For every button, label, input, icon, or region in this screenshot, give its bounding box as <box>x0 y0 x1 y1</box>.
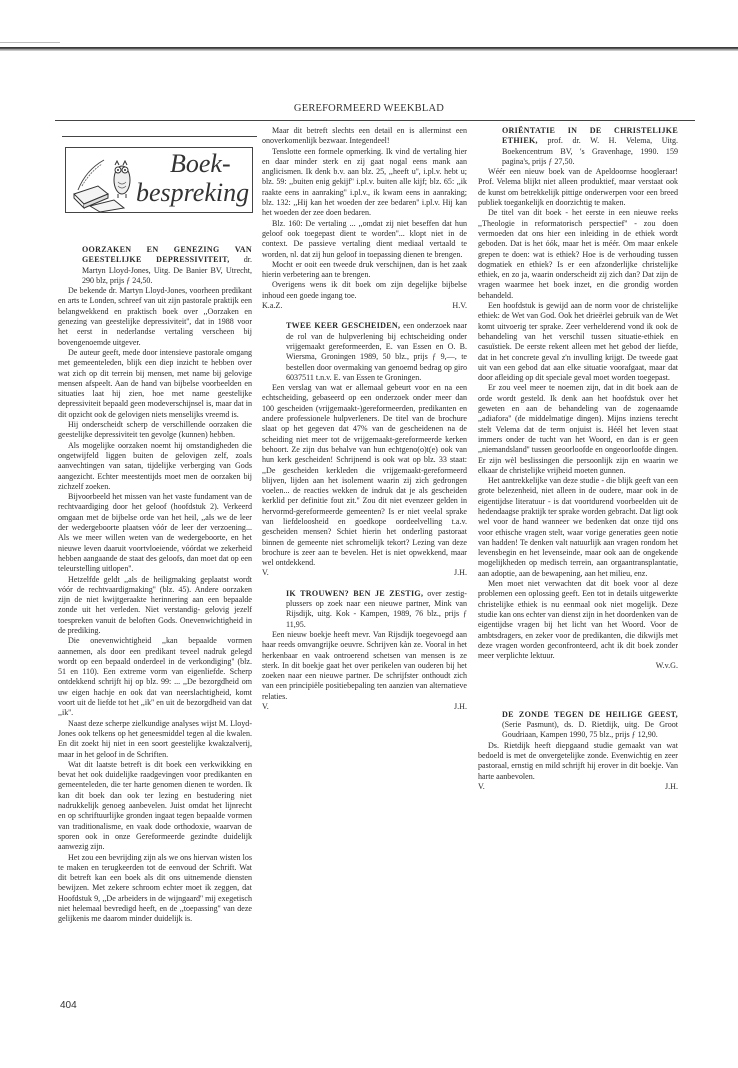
signature-right: J.H. <box>665 782 678 792</box>
review-heading: IK TROUWEN? BEN JE ZESTIG, over zestig-p… <box>262 589 467 630</box>
review-heading: DE ZONDE TEGEN DE HEILIGE GEEST, (Serie … <box>478 710 678 741</box>
review-meta: een onderzoek naar de rol van de hulpver… <box>286 321 467 381</box>
signature-right: J.H. <box>454 568 467 578</box>
signature-left: V. <box>478 782 485 792</box>
review-paragraph: Als mogelijke oorzaken noemt hij omstand… <box>58 441 252 492</box>
review-title: OORZAKEN EN GENEZING VAN GEESTELIJKE DEP… <box>82 245 252 264</box>
review-title: IK TROUWEN? BEN JE ZESTIG, <box>286 589 423 598</box>
review-title: TWEE KEER GESCHEIDEN, <box>286 321 400 330</box>
review-paragraph: Wéér een nieuw boek van de Apeldoornse h… <box>478 167 678 208</box>
review-paragraph: Het zou een bevrijding zijn als we ons h… <box>58 853 252 925</box>
scan-edge-mark <box>0 42 60 43</box>
review-paragraph: Mocht er ooit een tweede druk verschijne… <box>262 260 467 281</box>
review-paragraph: Wat dit laatste betreft is dit boek een … <box>58 760 252 853</box>
logo-title-line-2: bespreking <box>136 178 249 208</box>
review-paragraph: De titel van dit boek - het eerste in ee… <box>478 208 678 301</box>
signature-left: K.a.Z. <box>262 301 282 311</box>
review-paragraph: Ds. Rietdijk heeft diepgaand studie gema… <box>478 741 678 782</box>
column-left: OORZAKEN EN GENEZING VAN GEESTELIJKE DEP… <box>58 245 252 925</box>
review-paragraph: Maar dit betreft slechts een detail en i… <box>262 126 467 147</box>
review-paragraph: Er zou veel meer te noemen zijn, dat in … <box>478 383 678 476</box>
review-heading: ORIËNTATIE IN DE CHRISTELIJKE ETHIEK, pr… <box>478 126 678 167</box>
masthead: GEREFORMEERD WEEKBLAD <box>0 103 738 114</box>
signature-left: V. <box>262 702 269 712</box>
review-meta: (Serie Pasmunt), ds. D. Rietdijk, uitg. … <box>502 720 678 739</box>
column-middle: Maar dit betreft slechts een detail en i… <box>262 126 467 712</box>
page-number: 404 <box>60 1000 77 1011</box>
review-paragraph: Hij onderscheidt scherp de verschillende… <box>58 420 252 441</box>
review-paragraph: De bekende dr. Martyn Lloyd-Jones, voorh… <box>58 286 252 348</box>
signature-right: H.V. <box>452 301 467 311</box>
review-paragraph: Een verslag van wat er allemaal gebeurt … <box>262 383 467 568</box>
review-title: DE ZONDE TEGEN DE HEILIGE GEEST, <box>502 710 678 719</box>
review-paragraph: Naast deze scherpe zielkundige analyses … <box>58 719 252 760</box>
scan-edge-rule <box>0 47 738 51</box>
signature-right: J.H. <box>454 702 467 712</box>
review-paragraph: Tenslotte een formele opmerking. Ik vind… <box>262 147 467 219</box>
review-paragraph: Een hoofdstuk is gewijd aan de norm voor… <box>478 301 678 383</box>
review-paragraph: Die onevenwichtigheid ,,kan bepaalde vor… <box>58 636 252 718</box>
review-signature: V. J.H. <box>262 568 467 578</box>
logo-title-line-1: Boek- <box>170 150 231 178</box>
review-paragraph: Een nieuw boekje heeft mevr. Van Rijsdij… <box>262 630 467 702</box>
review-paragraph: Overigens wens ik dit boek om zijn degel… <box>262 280 467 301</box>
review-signature: W.v.G. <box>478 661 678 671</box>
review-signature: V. J.H. <box>478 782 678 792</box>
review-paragraph: De auteur geeft, mede door intensieve pa… <box>58 348 252 420</box>
review-heading: TWEE KEER GESCHEIDEN, een onderzoek naar… <box>262 321 467 383</box>
review-paragraph: Bijvoorbeeld het missen van het vaste fu… <box>58 492 252 574</box>
review-paragraph: Men moet niet verwachten dat dit boek vo… <box>478 579 678 661</box>
signature-right: W.v.G. <box>656 661 678 670</box>
review-heading: OORZAKEN EN GENEZING VAN GEESTELIJKE DEP… <box>58 245 252 286</box>
signature-left: V. <box>262 568 269 578</box>
review-paragraph: Het aantrekkelijke van deze studie - die… <box>478 476 678 579</box>
review-paragraph: Hetzelfde geldt ,,als de heiligmaking ge… <box>58 575 252 637</box>
logo-top-rule <box>62 136 257 137</box>
column-right: ORIËNTATIE IN DE CHRISTELIJKE ETHIEK, pr… <box>478 126 678 792</box>
review-signature: V. J.H. <box>262 702 467 712</box>
review-signature: K.a.Z. H.V. <box>262 301 467 311</box>
masthead-rule <box>55 120 695 121</box>
boekbespreking-logo: Boek- bespreking <box>65 147 253 213</box>
review-paragraph: Blz. 160: De vertaling ... ,,omdat zij n… <box>262 219 467 260</box>
